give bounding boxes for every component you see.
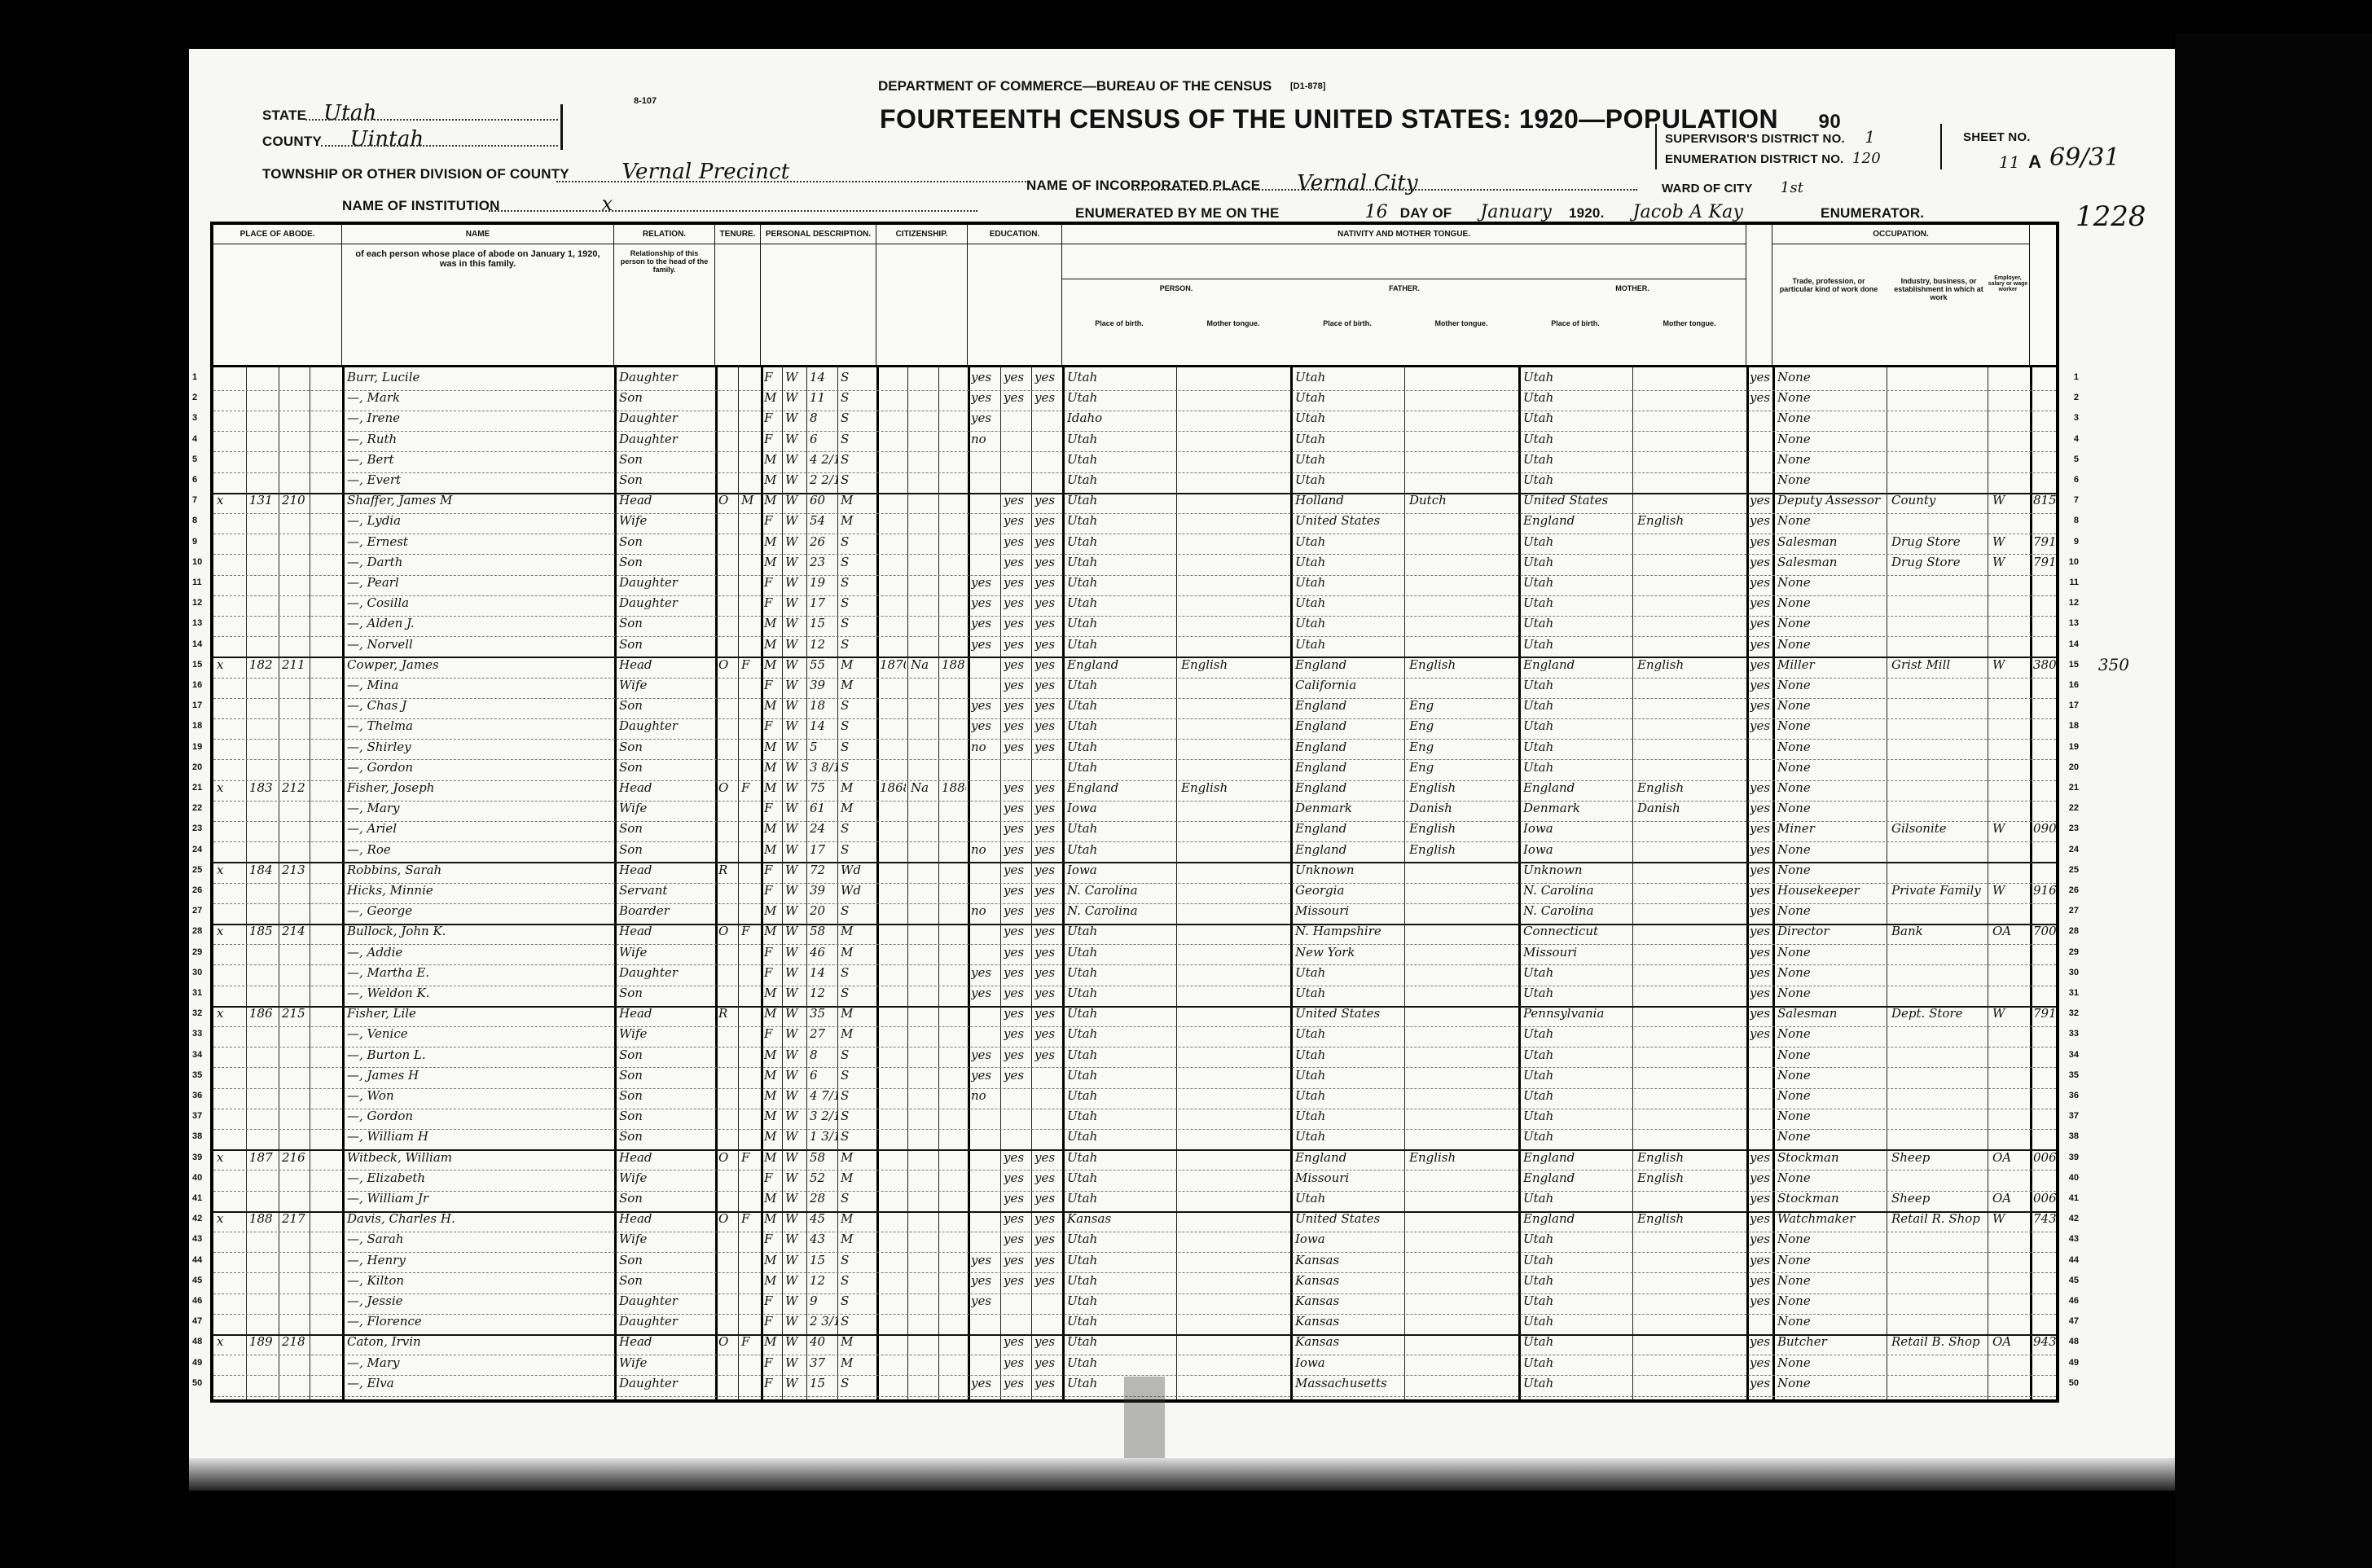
cell-eng: yes (1750, 1150, 1772, 1165)
col-english (1746, 225, 1772, 365)
cell-race: W (785, 472, 805, 487)
cell-fpob: Utah (1295, 575, 1403, 590)
cell-emp: W (1992, 821, 2028, 836)
cell-race: W (785, 1150, 805, 1165)
cell-sex: M (764, 1088, 780, 1103)
cell-mpob: Utah (1523, 1088, 1631, 1103)
cell-eng: yes (1750, 965, 1772, 980)
cell-occ: None (1777, 637, 1885, 652)
cell-read: yes (1004, 1253, 1030, 1267)
cell-age: 8 (810, 1048, 837, 1062)
line-number: 22 (192, 803, 202, 813)
cell-occ: Salesman (1777, 1006, 1885, 1021)
cell-sex: F (764, 1293, 780, 1308)
cell-race: W (785, 924, 805, 938)
cell-age: 60 (810, 493, 837, 507)
line-number-right: 2 (2074, 393, 2079, 402)
cell-mort: F (741, 657, 759, 672)
cell-age: 39 (810, 883, 837, 898)
cell-pob: Utah (1067, 493, 1175, 507)
cell-rel: Boarder (619, 903, 712, 918)
cell-rel: Wife (619, 945, 712, 960)
cell-mpob: Utah (1523, 1048, 1631, 1062)
cell-occ: None (1777, 801, 1885, 815)
cell-sex: F (764, 1376, 780, 1390)
cell-pob: Utah (1067, 1026, 1175, 1041)
cell-ms: S (841, 555, 873, 569)
cell-pob: Utah (1067, 575, 1175, 590)
cell-ms: S (841, 718, 873, 733)
cell-write: yes (1034, 1232, 1061, 1246)
line-number-right: 50 (2069, 1378, 2079, 1388)
cell-age: 2 3/12 (810, 1314, 837, 1329)
county-field: County Uintah (262, 127, 424, 152)
line-number: 35 (192, 1070, 202, 1080)
cell-mpob: Utah (1523, 390, 1631, 405)
cell-rel: Head (619, 1006, 712, 1021)
cell-race: W (785, 411, 805, 425)
cell-race: W (785, 863, 805, 877)
cell-race: W (785, 555, 805, 569)
line-number: 21 (192, 783, 202, 793)
enumerator-name: Jacob A Kay (1632, 202, 1743, 222)
cell-tongue: English (1181, 657, 1289, 672)
cell-pob: England (1067, 780, 1175, 795)
cell-name: —, Pearl (347, 575, 609, 590)
cell-fpob: United States (1295, 1211, 1403, 1226)
cell-age: 52 (810, 1171, 837, 1185)
ward-value: 1st (1781, 179, 1804, 196)
cell-occ: Miller (1777, 657, 1885, 672)
cell-name: —, Cosilla (347, 595, 609, 610)
cell-write: yes (1034, 924, 1061, 938)
cell-eng: yes (1750, 678, 1772, 692)
cell-rel: Head (619, 863, 712, 877)
cell-name: Burr, Lucile (347, 370, 609, 384)
cell-rel: Wife (619, 1026, 712, 1041)
line-number: 18 (192, 721, 202, 731)
cell-read: yes (1004, 1211, 1030, 1226)
cell-mort: F (741, 1150, 759, 1165)
cell-sex: M (764, 1334, 780, 1349)
cell-sch: yes (971, 1273, 999, 1288)
line-number: 38 (192, 1131, 202, 1141)
cell-code: 791 (2033, 555, 2058, 569)
cell-rel: Head (619, 924, 712, 938)
cell-write: yes (1034, 883, 1061, 898)
cell-write: yes (1034, 575, 1061, 590)
cell-ms: S (841, 1273, 873, 1288)
cell-ftongue: English (1409, 1150, 1517, 1165)
cell-ind: Drug Store (1891, 555, 1986, 569)
cell-eng: yes (1750, 513, 1772, 528)
cell-race: W (785, 698, 805, 713)
cell-ind: Retail R. Shop (1891, 1211, 1986, 1226)
cell-sch: yes (971, 616, 999, 630)
line-number-right: 16 (2069, 680, 2079, 690)
cell-race: W (785, 740, 805, 754)
cell-eng: yes (1750, 1006, 1772, 1021)
line-number-right: 19 (2069, 742, 2079, 752)
cell-rel: Son (619, 637, 712, 652)
cell-ms: S (841, 637, 873, 652)
cell-eng: yes (1750, 1376, 1772, 1390)
cell-write: yes (1034, 718, 1061, 733)
line-number-right: 14 (2069, 639, 2079, 649)
cell-ms: M (841, 1006, 873, 1021)
cell-race: W (785, 986, 805, 1000)
line-number-right: 12 (2069, 598, 2079, 608)
cell-sch: yes (971, 698, 999, 713)
cell-age: 3 2/12 (810, 1109, 837, 1123)
cell-mpob: Utah (1523, 1314, 1631, 1329)
cell-ms: M (841, 1355, 873, 1370)
cell-sex: M (764, 760, 780, 775)
cell-ftongue: Eng (1409, 698, 1517, 713)
cell-occ: None (1777, 780, 1885, 795)
cell-occ: None (1777, 575, 1885, 590)
cell-name: —, Evert (347, 472, 609, 487)
cell-read: yes (1004, 1171, 1030, 1185)
cell-ms: M (841, 945, 873, 960)
cell-occ: None (1777, 1026, 1885, 1041)
line-number: 48 (192, 1337, 202, 1346)
cell-sex: F (764, 883, 780, 898)
cell-fpob: England (1295, 842, 1403, 857)
cell-sch: yes (971, 370, 999, 384)
cell-age: 24 (810, 821, 837, 836)
cell-race: W (785, 1253, 805, 1267)
cell-fpob: England (1295, 760, 1403, 775)
cell-pob: Utah (1067, 698, 1175, 713)
cell-rel: Son (619, 1088, 712, 1103)
cell-sex: F (764, 801, 780, 815)
line-number-right: 10 (2069, 557, 2079, 567)
scan-bottom-edge (189, 1458, 2175, 1491)
line-number-right: 8 (2074, 516, 2079, 525)
cell-fpob: Utah (1295, 432, 1403, 446)
cell-mpob: England (1523, 513, 1631, 528)
cell-read: yes (1004, 863, 1030, 877)
cell-rel: Wife (619, 513, 712, 528)
cell-mpob: United States (1523, 493, 1631, 507)
line-number-right: 5 (2074, 455, 2079, 464)
cell-sch: no (971, 740, 999, 754)
cell-mpob: England (1523, 1150, 1631, 1165)
cell-race: W (785, 1109, 805, 1123)
cell-natyr: 1887 (942, 657, 966, 672)
cell-read: yes (1004, 1006, 1030, 1021)
cell-read: yes (1004, 616, 1030, 630)
cell-age: 8 (810, 411, 837, 425)
cell-occ: Stockman (1777, 1191, 1885, 1206)
line-number-right: 22 (2069, 803, 2079, 813)
cell-eng: yes (1750, 1273, 1772, 1288)
cell-occ: None (1777, 390, 1885, 405)
cell-fam: 214 (282, 924, 308, 938)
cell-occ: None (1777, 903, 1885, 918)
cell-ftongue: English (1409, 780, 1517, 795)
state-value: Utah (323, 101, 376, 125)
cell-race: W (785, 452, 805, 467)
cell-pob: Utah (1067, 1314, 1175, 1329)
cell-name: —, Thelma (347, 718, 609, 733)
cell-own: O (718, 780, 736, 795)
cell-read: yes (1004, 945, 1030, 960)
county-line (321, 145, 558, 147)
line-number-right: 40 (2069, 1173, 2079, 1183)
cell-write: yes (1034, 678, 1061, 692)
cell-race: W (785, 1232, 805, 1246)
cell-sex: M (764, 780, 780, 795)
cell-rel: Daughter (619, 595, 712, 610)
cell-age: 6 (810, 1068, 837, 1083)
cell-read: yes (1004, 698, 1030, 713)
line-number: 33 (192, 1029, 202, 1039)
line-number-right: 49 (2069, 1358, 2079, 1368)
cell-rel: Head (619, 493, 712, 507)
scan-border (2175, 33, 2372, 1568)
cell-rel: Son (619, 390, 712, 405)
cell-fam: 215 (282, 1006, 308, 1021)
cell-sex: M (764, 1006, 780, 1021)
line-number: 17 (192, 701, 202, 710)
cell-ms: S (841, 1109, 873, 1123)
line-number: 7 (192, 495, 197, 505)
cell-own: R (718, 863, 736, 877)
cell-sch: yes (971, 637, 999, 652)
line-number-right: 23 (2069, 824, 2079, 833)
cell-eng: yes (1750, 1334, 1772, 1349)
cell-sex: M (764, 740, 780, 754)
cell-dwell: 189 (249, 1334, 277, 1349)
cell-read: yes (1004, 1273, 1030, 1288)
cell-fpob: Utah (1295, 411, 1403, 425)
cell-read: yes (1004, 780, 1030, 795)
cell-mark: x (217, 780, 241, 795)
incorporated-place-field: Name of incorporated place Vernal City (1026, 171, 1418, 195)
cell-dwell: 188 (249, 1211, 277, 1226)
cell-read: yes (1004, 1232, 1030, 1246)
cell-name: —, Darth (347, 555, 609, 569)
cell-name: —, Ariel (347, 821, 609, 836)
cell-ms: S (841, 1129, 873, 1144)
cell-name: —, Ernest (347, 534, 609, 549)
cell-write: yes (1034, 657, 1061, 672)
cell-fpob: Utah (1295, 1088, 1403, 1103)
cell-occ: None (1777, 986, 1885, 1000)
cell-name: Fisher, Lile (347, 1006, 609, 1021)
state-line (305, 119, 558, 121)
cell-occ: None (1777, 842, 1885, 857)
cell-ms: Wd (841, 863, 873, 877)
cell-race: W (785, 616, 805, 630)
cell-mark: x (217, 493, 241, 507)
form-code: 8-107 (634, 96, 657, 106)
cell-code: 700 (2033, 924, 2058, 938)
cell-ind: Grist Mill (1891, 657, 1986, 672)
line-number: 30 (192, 968, 202, 977)
cell-age: 28 (810, 1191, 837, 1206)
cell-mtongue: English (1637, 513, 1745, 528)
cell-sex: M (764, 616, 780, 630)
cell-name: —, Mina (347, 678, 609, 692)
cell-dwell: 184 (249, 863, 277, 877)
cell-mpob: Utah (1523, 472, 1631, 487)
cell-mort: F (741, 780, 759, 795)
cell-own: O (718, 1211, 736, 1226)
cell-occ: Miner (1777, 821, 1885, 836)
cell-write: yes (1034, 1211, 1061, 1226)
cell-fpob: New York (1295, 945, 1403, 960)
line-number: 50 (192, 1378, 202, 1388)
cell-fpob: Utah (1295, 595, 1403, 610)
cell-rel: Wife (619, 678, 712, 692)
cell-age: 55 (810, 657, 837, 672)
cell-fpob: Utah (1295, 637, 1403, 652)
cell-mpob: Utah (1523, 370, 1631, 384)
cell-mpob: Utah (1523, 1109, 1631, 1123)
cell-fpob: Massachusetts (1295, 1376, 1403, 1390)
cell-race: W (785, 390, 805, 405)
cell-sex: F (764, 1355, 780, 1370)
cell-fpob: Utah (1295, 370, 1403, 384)
cell-pob: Utah (1067, 637, 1175, 652)
cell-mpob: Utah (1523, 1355, 1631, 1370)
cell-sch: yes (971, 1253, 999, 1267)
cell-ftongue: Eng (1409, 760, 1517, 775)
cell-write: yes (1034, 1048, 1061, 1062)
cell-occ: None (1777, 965, 1885, 980)
cell-mpob: Utah (1523, 1026, 1631, 1041)
cell-read: yes (1004, 821, 1030, 836)
cell-emp: OA (1992, 1334, 2028, 1349)
cell-name: —, Mark (347, 390, 609, 405)
cell-name: Bullock, John K. (347, 924, 609, 938)
cell-code: 791 (2033, 1006, 2058, 1021)
cell-pob: Utah (1067, 740, 1175, 754)
cell-pob: N. Carolina (1067, 883, 1175, 898)
cell-fpob: Utah (1295, 1191, 1403, 1206)
cell-eng: yes (1750, 945, 1772, 960)
cell-rel: Son (619, 760, 712, 775)
cell-occ: Housekeeper (1777, 883, 1885, 898)
cell-rel: Son (619, 1191, 712, 1206)
cell-sex: F (764, 965, 780, 980)
cell-ms: M (841, 1334, 873, 1349)
cell-name: —, Henry (347, 1253, 609, 1267)
cell-rel: Daughter (619, 370, 712, 384)
cell-mort: F (741, 924, 759, 938)
cell-sex: M (764, 1150, 780, 1165)
cell-fpob: Iowa (1295, 1232, 1403, 1246)
col-relation: RELATION.Relationship of this person to … (614, 225, 715, 365)
cell-name: —, Kilton (347, 1273, 609, 1288)
cell-name: —, Norvell (347, 637, 609, 652)
cell-rel: Son (619, 842, 712, 857)
cell-sch: yes (971, 575, 999, 590)
cell-rel: Daughter (619, 1314, 712, 1329)
cell-occ: None (1777, 1171, 1885, 1185)
cell-age: 20 (810, 903, 837, 918)
binding-shadow (1124, 1377, 1165, 1466)
cell-pob: Utah (1067, 1171, 1175, 1185)
cell-ms: Wd (841, 883, 873, 898)
cell-ms: S (841, 740, 873, 754)
cell-ms: M (841, 678, 873, 692)
line-number: 9 (192, 537, 197, 547)
sheet-number-label: Sheet No. (1963, 130, 2031, 144)
cell-fpob: Missouri (1295, 903, 1403, 918)
cell-rel: Son (619, 534, 712, 549)
cell-ms: S (841, 595, 873, 610)
cell-read: yes (1004, 555, 1030, 569)
cell-pob: Utah (1067, 986, 1175, 1000)
line-number: 10 (192, 557, 202, 567)
cell-mark: x (217, 1150, 241, 1165)
line-number-right: 21 (2069, 783, 2079, 793)
cell-read: yes (1004, 595, 1030, 610)
cell-age: 2 2/12 (810, 472, 837, 487)
cell-eng: yes (1750, 1355, 1772, 1370)
cell-mpob: Utah (1523, 575, 1631, 590)
cell-code: 743 (2033, 1211, 2058, 1226)
cell-ms: S (841, 698, 873, 713)
cell-rel: Daughter (619, 1376, 712, 1390)
enumeration-district-field: Enumeration District No. 120 (1665, 150, 1881, 167)
ward-field: Ward of city 1st (1662, 179, 1803, 196)
cell-mark: x (217, 657, 241, 672)
cell-fam: 210 (282, 493, 308, 507)
line-number: 40 (192, 1173, 202, 1183)
cell-dwell: 185 (249, 924, 277, 938)
cell-occ: None (1777, 863, 1885, 877)
cell-pob: Utah (1067, 965, 1175, 980)
cell-fpob: Denmark (1295, 801, 1403, 815)
cell-emp: W (1992, 555, 2028, 569)
cell-eng: yes (1750, 534, 1772, 549)
stamp-number: 1228 (2075, 200, 2146, 233)
cell-write: yes (1034, 1026, 1061, 1041)
cell-mpob: Utah (1523, 1334, 1631, 1349)
cell-race: W (785, 1048, 805, 1062)
line-number-right: 9 (2074, 537, 2079, 547)
cell-fpob: Utah (1295, 452, 1403, 467)
cell-occ: None (1777, 1088, 1885, 1103)
cell-occ: None (1777, 1314, 1885, 1329)
cell-pob: Utah (1067, 842, 1175, 857)
cell-read: yes (1004, 883, 1030, 898)
cell-write: yes (1034, 595, 1061, 610)
cell-ftongue: Danish (1409, 801, 1517, 815)
cell-eng: yes (1750, 903, 1772, 918)
cell-rel: Head (619, 657, 712, 672)
cell-pob: Utah (1067, 1232, 1175, 1246)
cell-imm: 1870 (880, 657, 906, 672)
cell-race: W (785, 965, 805, 980)
cell-name: Shaffer, James M (347, 493, 609, 507)
line-number-right: 38 (2069, 1131, 2079, 1141)
cell-eng: yes (1750, 555, 1772, 569)
cell-write: yes (1034, 1150, 1061, 1165)
line-number: 27 (192, 906, 202, 916)
cell-ms: S (841, 1068, 873, 1083)
col-citizenship: CITIZENSHIP. (876, 225, 968, 365)
line-number: 49 (192, 1358, 202, 1368)
cell-pob: Utah (1067, 1129, 1175, 1144)
cell-write: yes (1034, 370, 1061, 384)
cell-name: —, Jessie (347, 1293, 609, 1308)
